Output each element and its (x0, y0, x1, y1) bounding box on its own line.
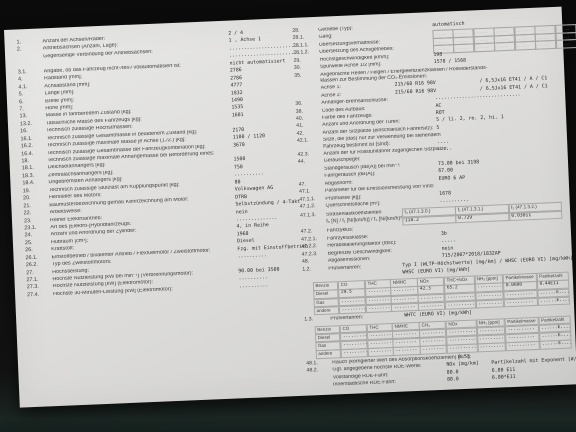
field-number: 16.4. (21, 151, 47, 157)
field-label: Farbe des Fahrzeugs: (322, 114, 373, 121)
field-number: 6. (19, 99, 45, 105)
field-value: ..... (437, 146, 452, 152)
field-label: Abgasemissionen: (328, 257, 371, 264)
field-value: 73.00 bei 3198 (438, 160, 479, 167)
table-cell: ........ (368, 347, 394, 357)
field-number: 4.1. (18, 84, 44, 90)
field-label: Straßenlastkoeffizientenf₀ [N] / f₁ [N/(… (326, 210, 405, 225)
field-value: 1601 (232, 113, 244, 118)
field-value: .......... (239, 283, 269, 289)
table-cell: ........ (420, 345, 448, 355)
field-number: 1. (16, 39, 42, 45)
right-field-list-a: 28.Getriebe (Typ): automatisch 28.1.Gang… (292, 18, 565, 212)
field-number (303, 274, 329, 275)
field-number: 23.1. (24, 225, 50, 231)
field-value: ........................ (229, 51, 300, 59)
field-label: Prüfverfahren: (328, 265, 361, 272)
field-number: 25. (25, 240, 51, 246)
field-label: Vollständige RDE-Fahrt: (333, 373, 389, 381)
table-cell: ........ (366, 304, 392, 314)
table-cell: ......E.... (538, 296, 571, 306)
field-number: 42.1. (297, 138, 323, 144)
field-value: 1578 / 1568 (434, 59, 467, 65)
field-number: 38. (296, 108, 322, 114)
field-number: 22. (24, 210, 50, 216)
field-number (307, 375, 333, 376)
field-number: 13. (20, 114, 46, 120)
field-number: 47.1.2. (300, 204, 326, 210)
field-number: 26.1. (25, 255, 51, 261)
table-cell: .......... (445, 300, 476, 310)
field-value: 1535 (231, 105, 243, 110)
table-cell: ........ (393, 346, 421, 356)
field-value: nein (236, 209, 248, 214)
field-value: 3b (441, 231, 447, 236)
field-value: automatisch (432, 22, 465, 28)
field-label: Prüfverfahren: (330, 316, 363, 323)
field-value: .......... (439, 198, 469, 204)
field-number: 47.2. (301, 229, 327, 235)
field-number (17, 54, 43, 55)
field-value: .......... (239, 276, 269, 282)
field-value: 2786 (230, 76, 242, 81)
field-label: Abgasnorm: (325, 180, 353, 186)
field-number (295, 93, 321, 94)
field-value: WHSC (EURO VI) [mg/kWh] (402, 268, 470, 276)
field-value: 2 / 4 (228, 31, 243, 37)
field-number: 1.2. (302, 266, 328, 272)
field-value: NOx [mg/km] (446, 362, 479, 368)
table-cell: .......... (504, 298, 538, 308)
field-label: Code des Aufbaus: (322, 106, 366, 113)
field-value: 198 (433, 52, 442, 57)
field-number: 21. (23, 203, 49, 209)
field-number: 47.2.1. (301, 236, 327, 242)
field-label: Fahrzyklusklasse: (327, 235, 368, 242)
field-number: 27. (26, 270, 52, 276)
table-cell: .......... (447, 344, 478, 354)
field-number: 27.4. (27, 292, 53, 298)
field-value: 5 (436, 126, 439, 131)
field-value: 1678 (439, 191, 451, 196)
field-value: .......... (234, 172, 264, 178)
field-number: 18.4. (22, 181, 48, 187)
field-value: Diesel (237, 239, 255, 245)
field-value: 4, in Reihe (236, 223, 269, 229)
field-value: Selbstzündung / 4-Takt (235, 200, 300, 208)
field-number (298, 174, 324, 175)
field-number: 27.1. (26, 277, 52, 283)
field-value: 1 , Achse 1 (229, 38, 262, 44)
field-value: 1100 / 1120 (233, 134, 266, 140)
field-value: 3670 (233, 143, 245, 148)
field-label: Achsabstand [mm]: (44, 82, 90, 89)
field-number: 3.1. (18, 69, 44, 75)
field-value: 2786 (230, 68, 242, 73)
field-label: Arbeitsweise: (50, 209, 82, 216)
field-number: 28.1. (293, 35, 319, 41)
field-label: Hubraum [cm³]: (51, 238, 88, 245)
table-cell: .......... (477, 343, 506, 353)
field-number: 1.3. (304, 317, 330, 323)
field-value: EURO 6 AP (439, 175, 466, 181)
field-number: 47.2.3. (302, 251, 328, 257)
field-number: 13.2. (20, 121, 46, 127)
field-number: 28.1.1. (293, 43, 319, 49)
field-value: 80 (234, 180, 240, 185)
field-value: 5 / li. 2, re. 2, hi. 1 (436, 116, 504, 124)
field-number: 18.3. (22, 173, 48, 179)
field-number: 18. (21, 158, 47, 164)
field-number: 42.3. (297, 152, 323, 158)
field-number: 16.1. (20, 136, 46, 142)
field-value: 215/60 R16 98V (395, 89, 436, 96)
field-number (295, 86, 321, 87)
field-number: 28.1.2. (293, 50, 319, 56)
field-label: Reiner Elektroantrieb: (50, 216, 102, 224)
field-value: 4777 (230, 83, 242, 88)
photo-background: { "colors": { "paper": "#dedddb", "backg… (0, 0, 576, 432)
field-value: 1500 (234, 157, 246, 162)
field-number: 26.2. (26, 262, 52, 268)
field-number (17, 62, 43, 63)
field-number (298, 166, 324, 167)
field-number: 16. (20, 129, 46, 135)
field-number: 47.1.1. (299, 196, 325, 202)
field-number: 27.3. (27, 285, 53, 291)
field-number: 48.2. (306, 368, 332, 374)
field-number: 41. (296, 123, 322, 129)
field-number: 2. (17, 47, 43, 53)
field-value: AC (435, 103, 441, 108)
left-field-list: 1.Anzahl der Achsen/Räder: 2 / 4 2.Antri… (16, 29, 299, 300)
field-number: 42. (297, 131, 323, 137)
field-number: 29. (293, 58, 319, 64)
field-label: Gang: (318, 35, 332, 41)
field-number: 16.2. (21, 143, 47, 149)
right-column: 28.Getriebe (Typ): automatisch 28.1.Gang… (292, 18, 573, 391)
field-label: Achse 1: (321, 85, 341, 91)
field-value: Volkswagen AG (235, 186, 273, 193)
field-value: .... (437, 140, 449, 145)
field-value: nein (441, 246, 453, 251)
field-number (307, 383, 333, 384)
field-number: 19. (23, 188, 49, 194)
field-number: 20. (23, 195, 49, 201)
field-value: 90.00 bei 3500 (238, 268, 279, 275)
field-number: 48.1. (306, 360, 332, 366)
table-cell: .......... (341, 348, 369, 358)
field-value: ..... (441, 239, 456, 245)
table-cell: .......... (506, 341, 540, 351)
field-number: 24. (25, 233, 51, 239)
left-column: 1.Anzahl der Achsen/Räder: 2 / 4 2.Antri… (16, 29, 299, 300)
field-value: 750 (234, 165, 243, 170)
table-cell: ........ (418, 302, 446, 312)
road-load-label: 47.1.3.Straßenlastkoeffizientenf₀ [N] / … (300, 210, 405, 226)
field-value: .............. (236, 216, 277, 223)
field-value: 1490 (231, 98, 243, 103)
field-label: Geräuschpegel: (324, 158, 361, 165)
field-label: Höhe [mm]: (45, 105, 73, 112)
field-label: Kraftstoff: (51, 247, 74, 253)
field-label: Getriebe (Typ): (318, 26, 353, 33)
field-number: 47.2.2. (301, 244, 327, 250)
field-label: Hersteller des Motors: (49, 193, 102, 201)
field-value: .......... (238, 253, 268, 259)
field-number: 40. (296, 116, 322, 122)
field-value: 80.0 (447, 370, 459, 375)
field-value: nicht automatisiert (230, 59, 286, 66)
field-label: Spurweite Achse 1/2 [mm]: (320, 62, 382, 70)
field-number: 36. (295, 101, 321, 107)
field-label: Fahrgeräusch [dB(A)]: (324, 172, 375, 179)
field-value: DTRB (235, 195, 247, 200)
field-value-2: 6.00 E11 (492, 368, 516, 374)
field-number: 4. (18, 77, 44, 83)
field-label: Typ des Zweistoffmotors: (52, 260, 112, 268)
field-value-2: / 6,5Jx16 ET41 / A / C1 (480, 84, 548, 92)
field-number: 35. (294, 72, 320, 78)
field-value: 0.53 (458, 355, 470, 360)
field-value: 215/60 R16 98V (395, 81, 436, 88)
field-number: 5. (19, 91, 45, 97)
table-cell: andere (316, 350, 342, 360)
field-value: Fzg. mit Einstoffbetrieb (237, 244, 308, 252)
table-cell: .......... (475, 299, 504, 309)
field-label: Querschnittsfläche [m²]: (326, 201, 381, 208)
field-number: 47. (299, 181, 325, 187)
field-label: Prüfmasse [kg]: (325, 195, 361, 202)
field-number: 47.1. (299, 189, 325, 195)
document-paper: 1.Anzahl der Achsen/Räder: 2 / 4 2.Antri… (4, 7, 576, 408)
field-value: ROT (436, 111, 445, 116)
table-cell: andere (314, 306, 340, 316)
field-value: 80.0 (447, 377, 459, 382)
field-number: 44. (298, 159, 324, 165)
field-label: Achse 2: (321, 93, 341, 99)
field-value: WHTC (EURO VI) [mg/kWh] (404, 311, 472, 319)
table-cell: ......E.... (539, 340, 572, 350)
field-label: Breite [mm]: (45, 98, 74, 105)
field-number: 47.1.3. (300, 213, 326, 219)
field-label: Fahrzyklus: (327, 228, 354, 234)
table-cell: .......... (339, 305, 367, 315)
field-label: Länge [mm]: (45, 90, 75, 97)
field-number: 30. (294, 65, 320, 71)
field-number: 48. (302, 259, 328, 265)
field-number: 26. (25, 247, 51, 253)
field-value-2: 6.00*E11 (492, 375, 516, 381)
field-label: Radstand [mm]: (44, 75, 82, 82)
field-value: 67.00 (438, 169, 453, 175)
field-label: Übersetzungsverhältnisse: (319, 40, 380, 48)
field-number: 28. (292, 28, 318, 34)
field-value: 1832 (231, 91, 243, 96)
field-value: 2170 (232, 128, 244, 133)
field-number: 7. (19, 106, 45, 112)
field-number: 23. (24, 218, 50, 224)
field-number: 18.1. (22, 166, 48, 172)
field-label: Deichselanhängers [kg]: (48, 163, 106, 171)
field-value: 1968 (237, 232, 249, 237)
table-cell: ........ (391, 303, 419, 313)
field-label: Höchstleistung: (52, 268, 89, 275)
